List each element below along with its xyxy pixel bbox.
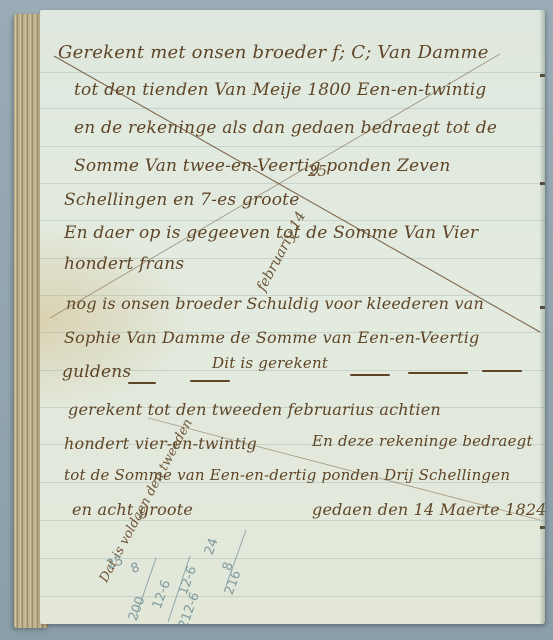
edge-notch	[540, 306, 545, 309]
edge-notch	[540, 74, 545, 77]
edge-notch	[540, 526, 545, 529]
ledger-page: Gerekent met onsen broeder f; C; Van Dam…	[40, 10, 545, 624]
cross-out-strokes	[40, 10, 545, 624]
edge-notch	[540, 182, 545, 185]
